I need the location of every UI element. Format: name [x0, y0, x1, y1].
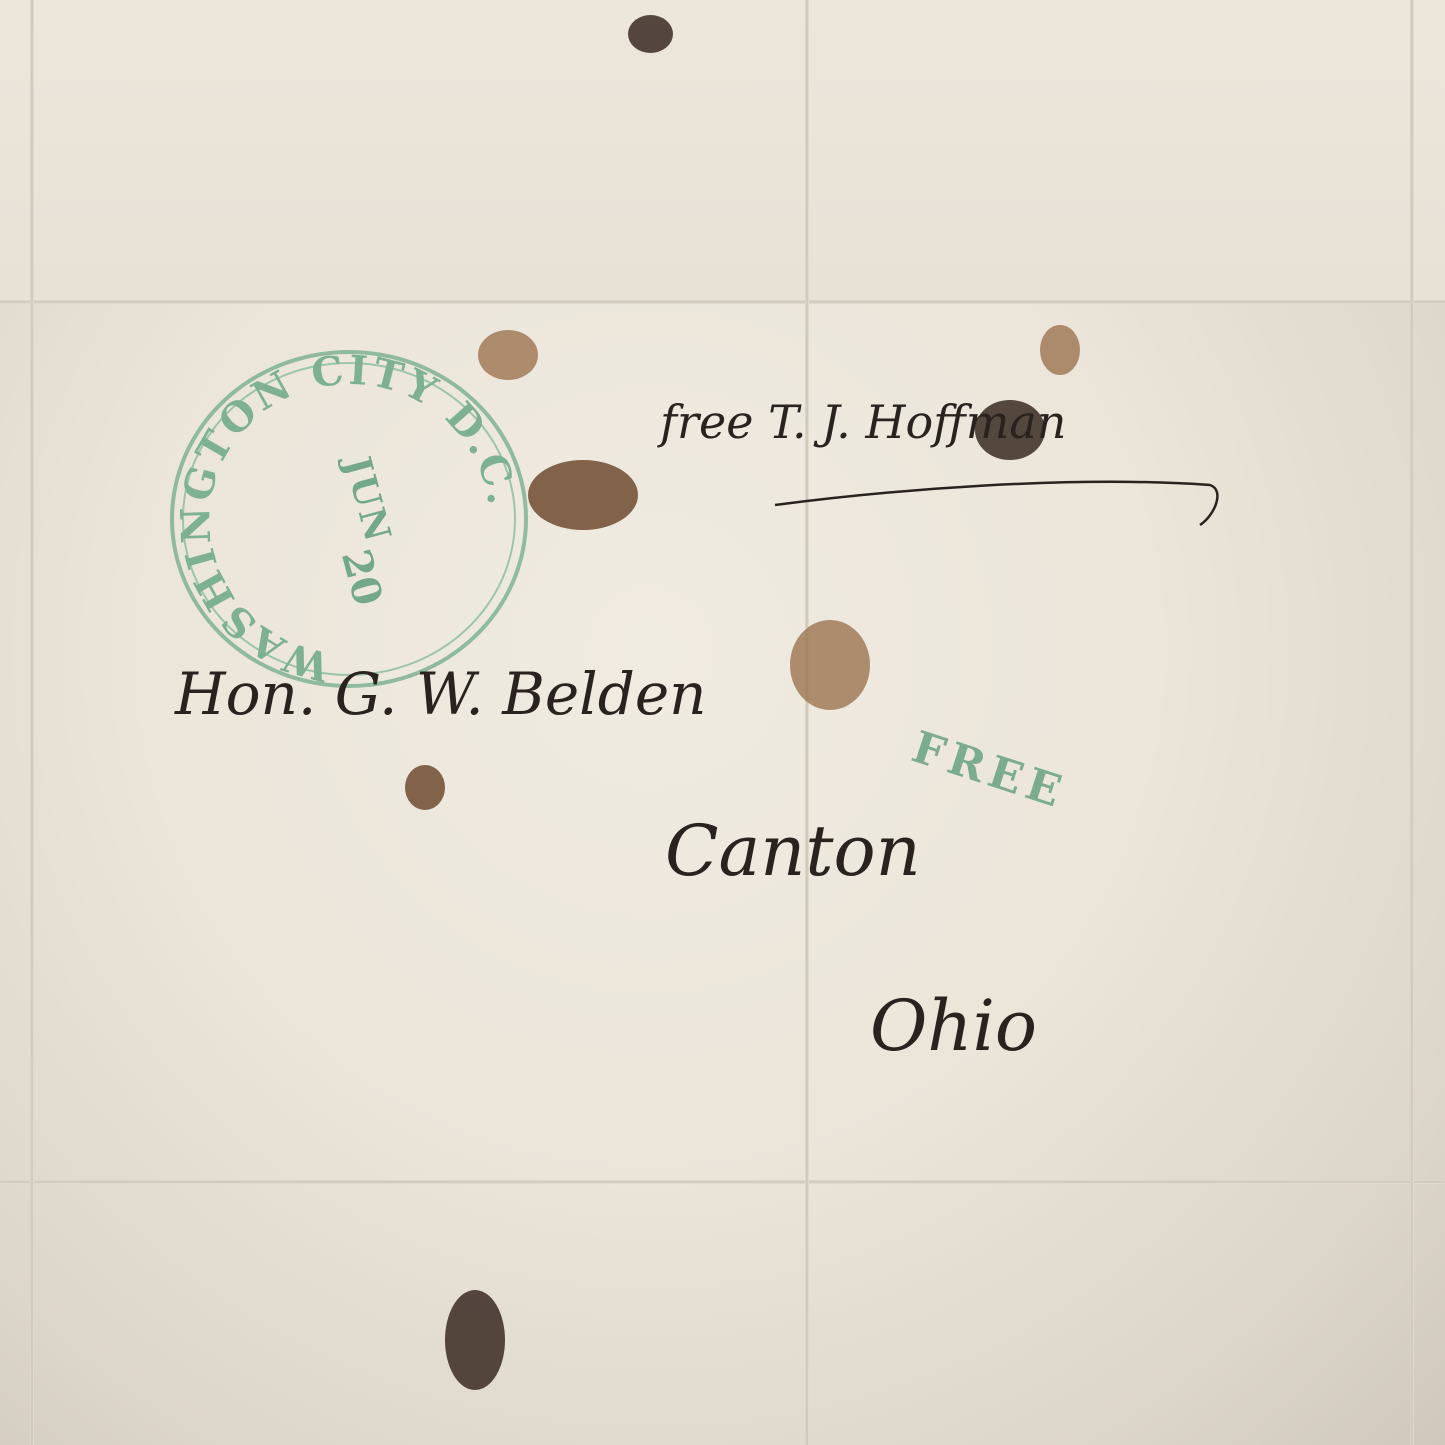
fold-line-top — [0, 300, 1445, 304]
free-handstamp: FREE — [906, 722, 1073, 820]
address-city: Canton — [665, 810, 921, 892]
fold-line-left — [30, 0, 34, 1445]
signature-flourish — [770, 470, 1220, 530]
franking-signature: free T. J. Hoffman — [660, 395, 1066, 449]
top-flap — [0, 0, 1445, 300]
washington-city-postmark: WASHINGTON CITY D.C. JUN 20 — [170, 350, 528, 688]
ink-stain — [405, 765, 445, 810]
ink-stain — [790, 620, 870, 710]
address-state: Ohio — [870, 985, 1037, 1067]
letter-cover-photo: WASHINGTON CITY D.C. JUN 20 free T. J. H… — [0, 0, 1445, 1445]
fold-line-bottom — [0, 1180, 1445, 1184]
ink-stain — [528, 460, 638, 530]
ink-stain — [445, 1290, 505, 1390]
postmark-text: WASHINGTON CITY D.C. — [174, 354, 524, 684]
addressee-name: Hon. G. W. Belden — [175, 660, 707, 728]
ink-stain — [1040, 325, 1080, 375]
fold-line-right — [1410, 0, 1414, 1445]
svg-text:WASHINGTON CITY D.C.: WASHINGTON CITY D.C. — [174, 354, 524, 684]
fold-line-center — [805, 0, 809, 1445]
ink-stain — [628, 15, 673, 53]
